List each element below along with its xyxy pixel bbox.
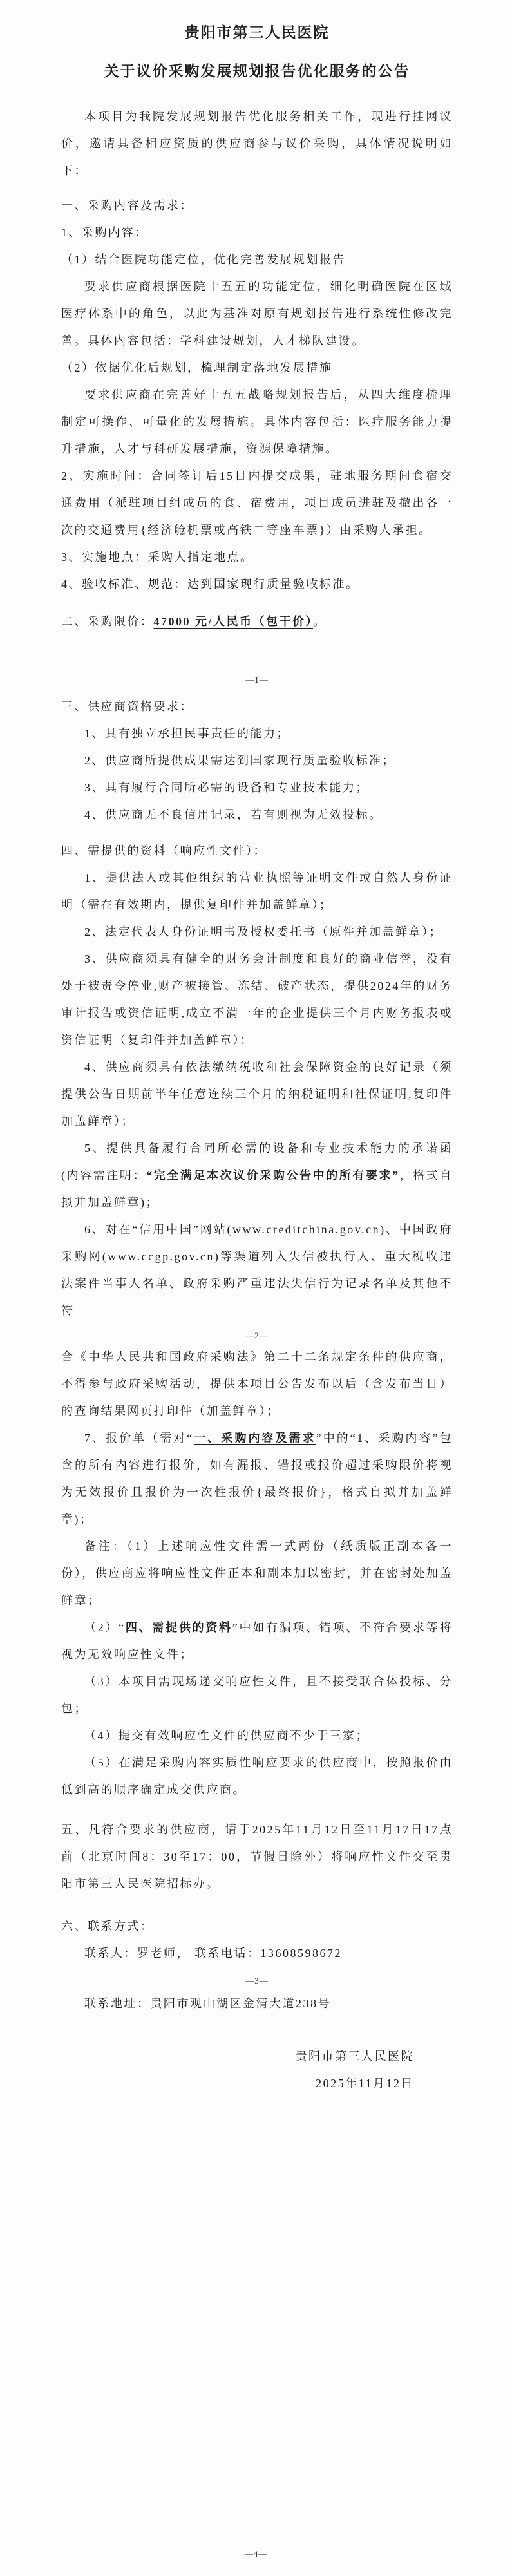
section-4-note-2-text: （2）“ (84, 1621, 126, 1634)
section-4-item-7-text: ”中的“1、采购内容”包含的所有内容进行报价，如有漏报、错报或报价超过采购限价将… (61, 1432, 453, 1526)
section-5-paragraph-text: 五、凡符合要求的供应商，请于2025年11月12日至11月17日17点前（北京时… (61, 1823, 453, 1890)
section-1-item-4-text: 4、验收标准、规范：达到国家现行质量验收标准。 (61, 578, 359, 591)
section-4-item-4-text: 4、供应商须具有依法缴纳税收和社会保障资金的良好记录（须提供公告日期前半年任意连… (61, 1061, 453, 1128)
section-4-heading: 四、需提供的资料（响应性文件）： (61, 837, 453, 864)
intro-paragraph: 本项目为我院发展规划报告优化服务相关工作，现进行挂网议价，邀请具备相应资质的供应… (61, 103, 453, 184)
section-1-heading-text: 一、采购内容及需求： (61, 199, 193, 212)
section-1-item-1-2-body-text: 要求供应商在完善好十五五战略规划报告后，从四大维度梳理制定可操作、可量化的发展措… (61, 388, 453, 455)
section-4-item-2-text: 2、法定代表人身份证明书及授权委托书（原件并加盖鲜章）； (84, 925, 442, 938)
section-2-heading-text: 二、采购限价： (61, 615, 154, 628)
section-4-note-5-text: （5）在满足采购内容实质性响应要求的供应商中，按照报价由低到高的顺序确定成交供应… (61, 1756, 453, 1796)
section-4-item-6-part-1-text: 6、对在“信用中国”网站(www.creditchina.gov.cn)、中国政… (61, 1223, 453, 1317)
section-4-item-6-part-1: 6、对在“信用中国”网站(www.creditchina.gov.cn)、中国政… (61, 1216, 453, 1324)
section-3-heading: 三、供应商资格要求： (61, 693, 453, 720)
section-1-item-1-1-title: （1）结合医院功能定位，优化完善发展规划报告 (61, 246, 453, 273)
section-1-item-3-text: 3、实施地点：采购人指定地点。 (61, 551, 254, 563)
contact-address-line-text: 联系地址：贵阳市观山湖区金清大道238号 (84, 1997, 331, 2010)
section-4-item-7: 7、报价单（需对“一、采购内容及需求”中的“1、采购内容”包含的所有内容进行报价… (61, 1425, 453, 1533)
page-marker-3-text: —3— (245, 1976, 269, 1985)
section-4-item-5: 5、提供具备履行合同所必需的设备和专业技术能力的承诺函(内容需注明：“完全满足本… (61, 1135, 453, 1216)
section-4-note-2: （2）“四、需提供的资料”中如有漏项、错项、不符合要求等将视为无效响应性文件； (61, 1614, 453, 1668)
section-4-item-1-text: 1、提供法人或其他组织的营业执照等证明文件或自然人身份证明（需在有效期内，提供复… (61, 871, 453, 911)
section-4-item-6-part-2: 合《中华人民共和国政府采购法》第二十二条规定条件的供应商，不得参与政府采购活动，… (61, 1343, 453, 1425)
section-1-item-1-2-title-text: （2）依据优化后规划，梳理制定落地发展措施 (61, 361, 333, 374)
section-1-item-1-text: 1、采购内容： (61, 226, 148, 239)
section-3-item-4: 4、供应商无不良信用记录，若有则视为无效投标。 (61, 801, 453, 828)
section-3-item-2: 2、供应商所提供成果需达到国家现行质量验收标准； (61, 747, 453, 774)
section-4-note-1: 备注：（1）上述响应性文件需一式两份（纸质版正副本各一份），供应商应将响应性文件… (61, 1533, 453, 1614)
page-marker-4-text: —4— (245, 2549, 268, 2559)
section-4-note-1-text: 备注：（1）上述响应性文件需一式两份（纸质版正副本各一份），供应商应将响应性文件… (61, 1540, 453, 1607)
section-3-item-1: 1、具有独立承担民事责任的能力； (61, 720, 453, 747)
section-6-heading-text: 六、联系方式： (61, 1920, 154, 1933)
section-4-item-1: 1、提供法人或其他组织的营业执照等证明文件或自然人身份证明（需在有效期内，提供复… (61, 864, 453, 918)
section-3-item-3-text: 3、具有履行合同所必需的设备和专业技术能力； (84, 781, 369, 794)
section-4-item-2: 2、法定代表人身份证明书及授权委托书（原件并加盖鲜章）； (61, 918, 453, 945)
section-1-item-2: 2、实施时间：合同签订后15日内提交成果，驻地服务期间食宿交通费用（派驻项目组成… (61, 462, 453, 544)
section-4-item-7-text: 一、采购内容及需求 (194, 1432, 316, 1444)
section-4-note-3: （3）本项目需现场递交响应性文件，且不接受联合体投标、分包； (61, 1668, 453, 1722)
page-marker-3: —3— (61, 1973, 453, 1989)
section-1-item-3: 3、实施地点：采购人指定地点。 (61, 544, 453, 571)
page-marker-1: —1— (61, 672, 453, 688)
section-4-note-4-text: （4）提交有效响应性文件的供应商不少于三家； (84, 1729, 369, 1742)
doc-title-org: 贵阳市第三人民医院 (61, 18, 453, 48)
section-1-item-1-2-title: （2）依据优化后规划，梳理制定落地发展措施 (61, 354, 453, 381)
section-1-item-1-1-body-text: 要求供应商根据医院十五五的功能定位，细化明确医院在区域医疗体系中的角色，以此为基… (61, 280, 453, 347)
section-1-item-4: 4、验收标准、规范：达到国家现行质量验收标准。 (61, 571, 453, 598)
section-4-item-3-text: 3、供应商须具有健全的财务会计制度和良好的商业信誉，没有处于被责令停业,财产被接… (61, 952, 453, 1046)
signature-org-text: 贵阳市第三人民医院 (296, 2050, 415, 2063)
section-1-item-2-text: 2、实施时间：合同签订后15日内提交成果，驻地服务期间食宿交通费用（派驻项目组成… (61, 469, 453, 536)
doc-title-org-text: 贵阳市第三人民医院 (185, 24, 330, 41)
section-2-heading-text: 。 (313, 615, 327, 628)
section-3-heading-text: 三、供应商资格要求： (61, 700, 193, 713)
section-4-heading-text: 四、需提供的资料（响应性文件）： (61, 844, 267, 857)
section-6-heading: 六、联系方式： (61, 1913, 453, 1940)
signature-date: 2025年11月12日 (61, 2070, 453, 2097)
section-4-item-5-text: “完全满足本次议价采购公告中的所有要求” (146, 1169, 400, 1182)
section-3-item-1-text: 1、具有独立承担民事责任的能力； (84, 727, 290, 740)
section-4-note-3-text: （3）本项目需现场递交响应性文件，且不接受联合体投标、分包； (61, 1675, 453, 1715)
contact-person-line: 联系人：罗老师， 联系电话：13608598672 (61, 1940, 453, 1967)
page-marker-2-text: —2— (245, 1331, 269, 1340)
intro-paragraph-text: 本项目为我院发展规划报告优化服务相关工作，现进行挂网议价，邀请具备相应资质的供应… (61, 110, 453, 177)
announcement-document-page: 贵阳市第三人民医院关于议价采购发展规划报告优化服务的公告本项目为我院发展规划报告… (0, 0, 512, 2576)
section-1-item-1-1-title-text: （1）结合医院功能定位，优化完善发展规划报告 (61, 253, 346, 266)
section-4-note-4: （4）提交有效响应性文件的供应商不少于三家； (61, 1722, 453, 1749)
page-marker-2: —2— (61, 1328, 453, 1343)
page-marker-1-text: —1— (245, 675, 269, 685)
section-4-note-2-text: 四、需提供的资料 (126, 1621, 232, 1634)
page-marker-4: —4— (0, 2546, 512, 2562)
contact-address-line: 联系地址：贵阳市观山湖区金清大道238号 (61, 1990, 453, 2017)
section-5-paragraph: 五、凡符合要求的供应商，请于2025年11月12日至11月17日17点前（北京时… (61, 1816, 453, 1897)
section-3-item-4-text: 4、供应商无不良信用记录，若有则视为无效投标。 (84, 808, 383, 821)
section-3-item-2-text: 2、供应商所提供成果需达到国家现行质量验收标准； (84, 754, 395, 767)
section-1-item-1-1-body: 要求供应商根据医院十五五的功能定位，细化明确医院在区域医疗体系中的角色，以此为基… (61, 273, 453, 354)
section-1-item-1-2-body: 要求供应商在完善好十五五战略规划报告后，从四大维度梳理制定可操作、可量化的发展措… (61, 381, 453, 462)
section-1-heading: 一、采购内容及需求： (61, 192, 453, 219)
section-4-item-3: 3、供应商须具有健全的财务会计制度和良好的商业信誉，没有处于被责令停业,财产被接… (61, 945, 453, 1054)
section-4-item-7-text: 7、报价单（需对“ (84, 1432, 194, 1444)
section-1-item-1: 1、采购内容： (61, 219, 453, 246)
section-2-heading-text: 47000 元/人民币（包干价） (154, 615, 314, 628)
section-4-item-6-part-2-text: 合《中华人民共和国政府采购法》第二十二条规定条件的供应商，不得参与政府采购活动，… (61, 1350, 453, 1417)
signature-org: 贵阳市第三人民医院 (61, 2043, 453, 2070)
section-3-item-3: 3、具有履行合同所必需的设备和专业技术能力； (61, 774, 453, 801)
section-2-heading: 二、采购限价：47000 元/人民币（包干价）。 (61, 608, 453, 635)
doc-title-subject: 关于议价采购发展规划报告优化服务的公告 (61, 57, 453, 86)
section-4-item-4: 4、供应商须具有依法缴纳税收和社会保障资金的良好记录（须提供公告日期前半年任意连… (61, 1054, 453, 1135)
signature-date-text: 2025年11月12日 (316, 2077, 414, 2090)
doc-title-subject-text: 关于议价采购发展规划报告优化服务的公告 (104, 63, 410, 79)
section-4-note-5: （5）在满足采购内容实质性响应要求的供应商中，按照报价由低到高的顺序确定成交供应… (61, 1749, 453, 1803)
contact-person-line-text: 联系人：罗老师， 联系电话：13608598672 (84, 1947, 342, 1960)
